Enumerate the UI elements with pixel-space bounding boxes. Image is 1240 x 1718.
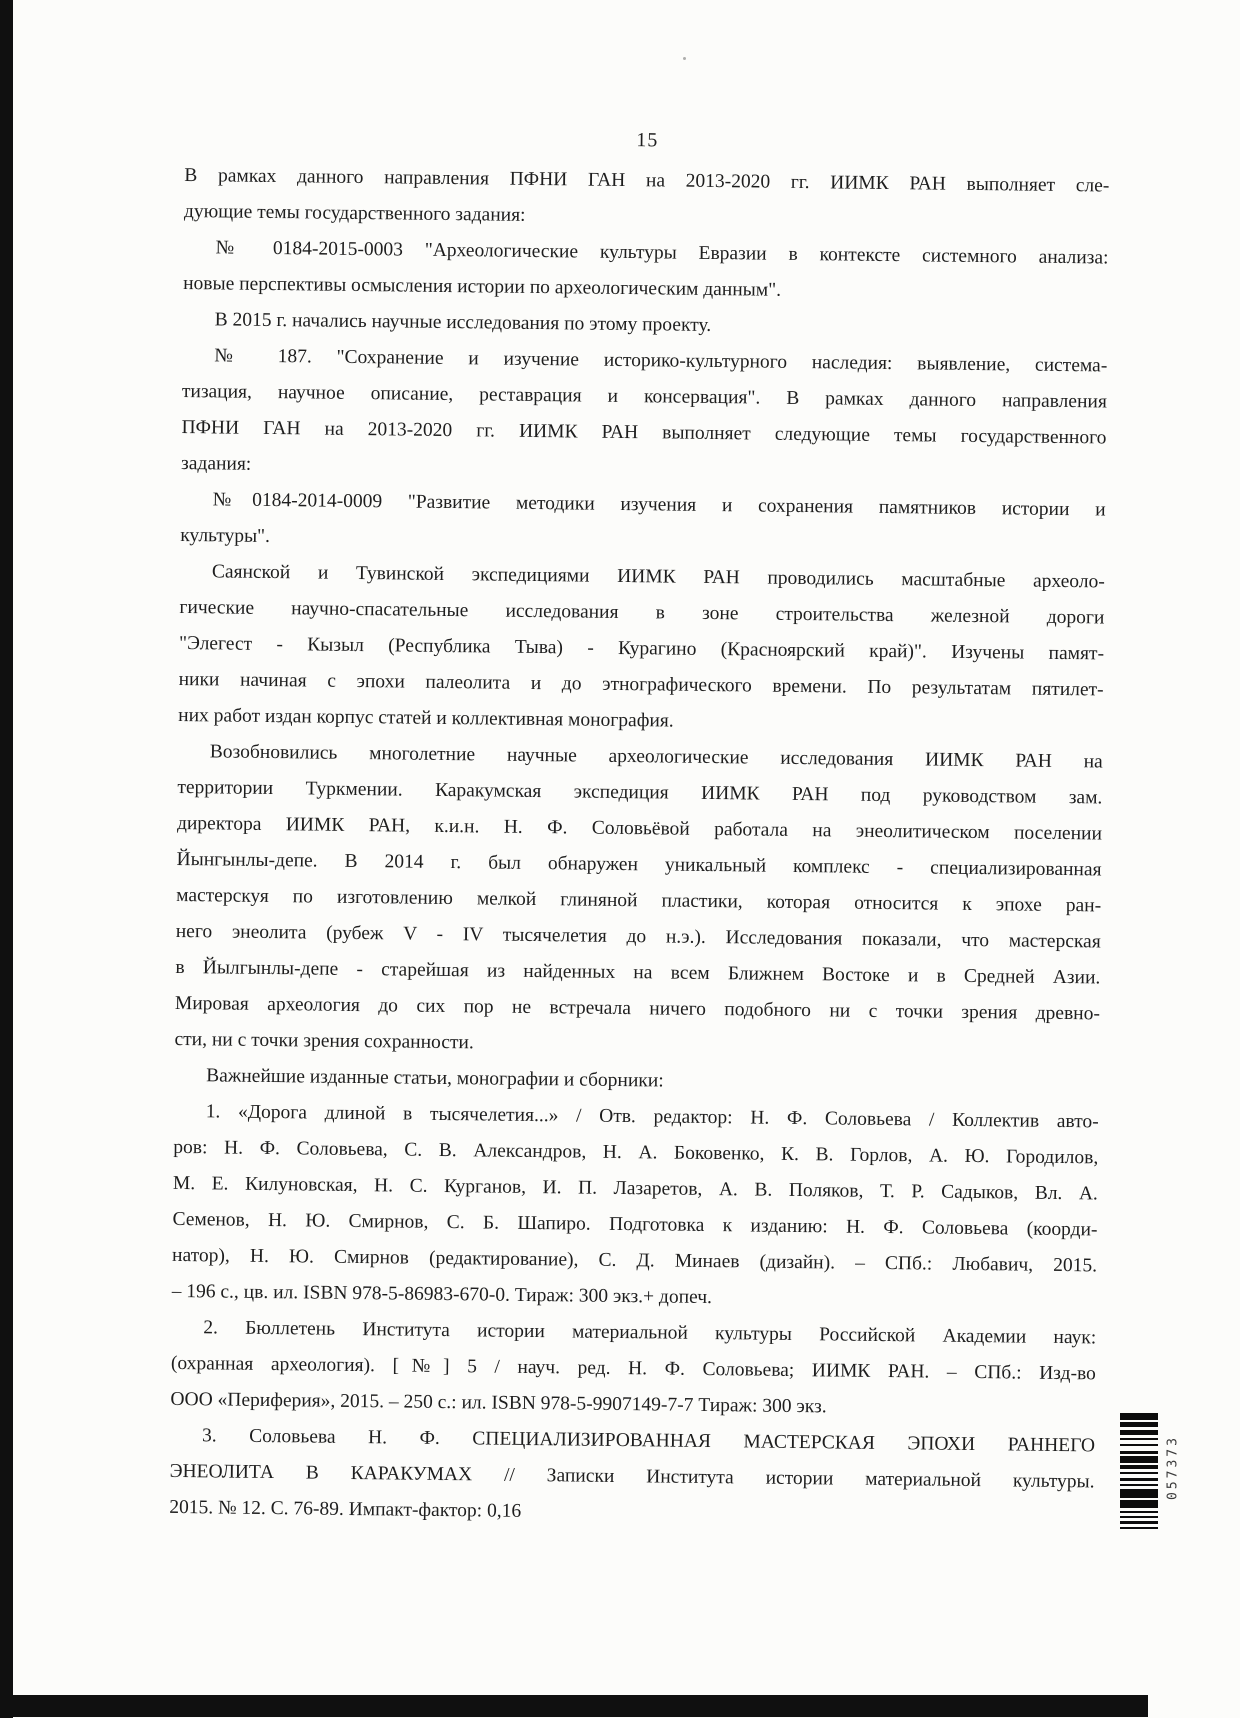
barcode-bar [1120, 1478, 1158, 1481]
barcode-bar [1120, 1472, 1158, 1474]
text-column: 15 В рамках данного направления ПФНИ ГАН… [169, 120, 1110, 1536]
barcode-bar [1120, 1413, 1158, 1420]
barcode-bar [1120, 1438, 1158, 1440]
barcode-bar [1120, 1511, 1158, 1513]
barcode-bar [1120, 1516, 1158, 1518]
barcode-bar [1120, 1500, 1158, 1508]
page-number: 15 [185, 120, 1110, 160]
scan-edge-left [0, 0, 13, 1718]
barcode-bar [1120, 1430, 1158, 1435]
barcode-bar [1120, 1456, 1158, 1463]
barcode [1120, 1413, 1158, 1529]
barcode-bar [1120, 1489, 1158, 1498]
body-text: В рамках данного направления ПФНИ ГАН на… [169, 158, 1109, 1536]
barcode-bar [1120, 1444, 1158, 1446]
scan-edge-bottom [6, 1695, 1148, 1717]
barcode-bar [1120, 1521, 1158, 1524]
barcode-bar [1120, 1451, 1158, 1454]
barcode-bar [1120, 1484, 1158, 1486]
scanned-page: 15 В рамках данного направления ПФНИ ГАН… [0, 0, 1240, 1718]
barcode-bar [1120, 1422, 1158, 1427]
barcode-number: 057373 [1158, 1437, 1188, 1499]
paper-speck [683, 57, 686, 60]
barcode-bar [1120, 1527, 1158, 1529]
barcode-bar [1120, 1465, 1158, 1469]
